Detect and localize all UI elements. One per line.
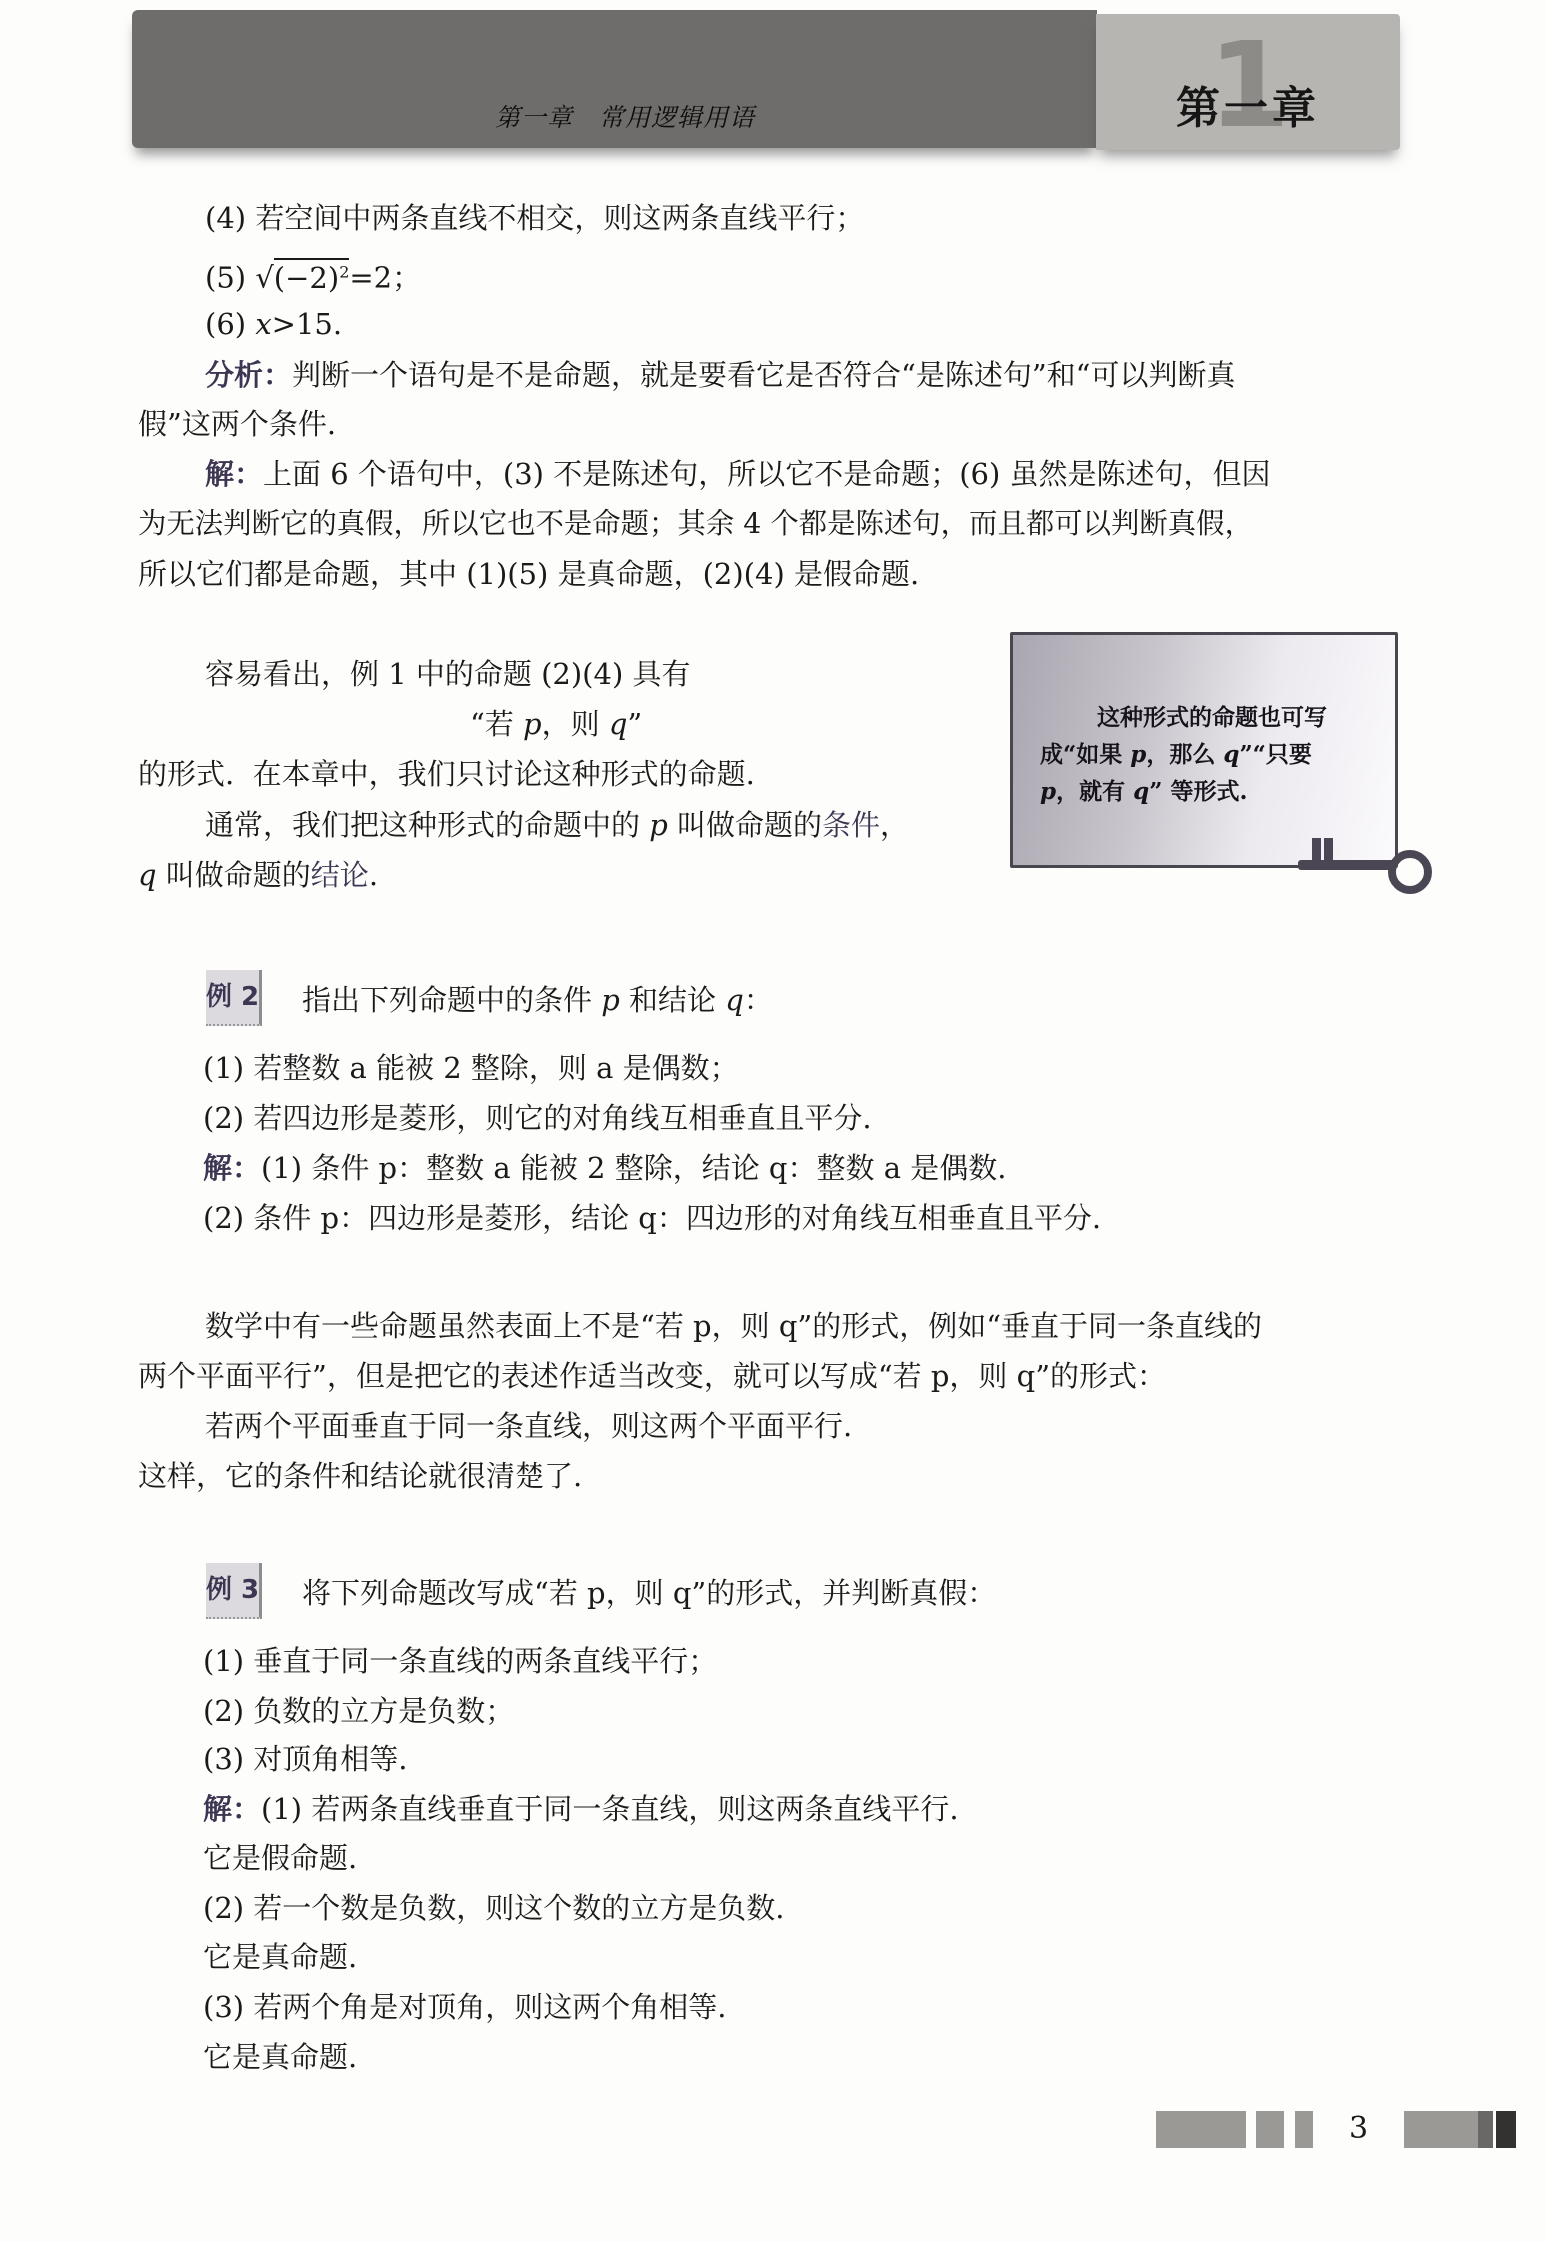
- solution-label: 解：: [203, 1792, 261, 1826]
- list-item: (2) 负数的立方是负数；: [203, 1693, 514, 1729]
- variable: x: [255, 307, 271, 341]
- text: ，那么: [1146, 741, 1223, 768]
- body-paragraph-line: 若两个平面垂直于同一条直线，则这两个平面平行.: [205, 1408, 852, 1444]
- var-p: p: [601, 983, 620, 1017]
- var-p: p: [649, 808, 668, 842]
- key-icon: [1298, 838, 1438, 898]
- equation-rhs: =2；: [349, 261, 421, 295]
- item-text: >15.: [272, 307, 342, 341]
- solution-line: (2) 条件 p：四边形是菱形，结论 q：四边形的对角线互相垂直且平分.: [203, 1200, 1101, 1236]
- list-item: (6) x>15.: [205, 306, 342, 342]
- solution-line: 解：(1) 若两条直线垂直于同一条直线，则这两条直线平行.: [203, 1791, 959, 1827]
- item-text: 若整数 a 能被 2 整除，则 a 是偶数；: [253, 1051, 738, 1085]
- text: ”“只要: [1239, 741, 1311, 768]
- list-item: (5) √(−2)2=2；: [205, 254, 421, 290]
- radical-sign: √: [255, 261, 273, 295]
- text: 成“如果: [1040, 741, 1130, 768]
- verdict-line: 它是真命题.: [203, 1939, 357, 1975]
- footer-bar: [1478, 2111, 1493, 2148]
- item-number: (2): [203, 1101, 244, 1135]
- footer-bar: [1295, 2111, 1313, 2148]
- body-paragraph-line: 容易看出，例 1 中的命题 (2)(4) 具有: [205, 656, 690, 692]
- solution-line: 解：(1) 条件 p：整数 a 能被 2 整除，结论 q：整数 a 是偶数.: [203, 1150, 1006, 1186]
- text: 和结论: [620, 983, 725, 1017]
- var-p: p: [1130, 741, 1146, 768]
- body-paragraph-line: 数学中有一些命题虽然表面上不是“若 p，则 q”的形式，例如“垂直于同一条直线的: [205, 1308, 1262, 1344]
- term-conclusion: 结论: [311, 858, 369, 892]
- running-title: 第一章 常用逻辑用语: [495, 98, 755, 134]
- body-paragraph-line: 通常，我们把这种形式的命题中的 p 叫做命题的条件，: [205, 807, 909, 843]
- item-number: (6): [205, 307, 246, 341]
- text: 指出下列命题中的条件: [302, 983, 601, 1017]
- sqrt-expression: √(−2)2=2；: [255, 258, 421, 295]
- text: ：: [744, 983, 773, 1017]
- body-paragraph-line: 这样，它的条件和结论就很清楚了.: [138, 1458, 582, 1494]
- side-note-line: 这种形式的命题也可写: [1097, 703, 1327, 733]
- analysis-label: 分析：: [205, 358, 292, 392]
- radicand: (−2)2: [274, 258, 350, 295]
- solution-label: 解：: [205, 457, 263, 491]
- solution-text: (1) 若两条直线垂直于同一条直线，则这两条直线平行.: [261, 1792, 959, 1826]
- item-number: (1): [203, 1051, 244, 1085]
- verdict-line: 它是真命题.: [203, 2039, 357, 2075]
- list-item: (3) 对顶角相等.: [203, 1741, 408, 1777]
- text: ，: [880, 808, 909, 842]
- verdict-line: 它是假命题.: [203, 1840, 357, 1876]
- body-paragraph-line: 的形式. 在本章中，我们只讨论这种形式的命题.: [138, 756, 755, 792]
- solution-line: (2) 若一个数是负数，则这个数的立方是负数.: [203, 1890, 785, 1926]
- list-item: (2) 若四边形是菱形，则它的对角线互相垂直且平分.: [203, 1100, 872, 1136]
- item-number: (4): [205, 201, 246, 235]
- textbook-page: 第一章 常用逻辑用语 1 第一章 (4) 若空间中两条直线不相交，则这两条直线平…: [0, 0, 1546, 2242]
- text: 通常，我们把这种形式的命题中的: [205, 808, 649, 842]
- quote-close: ”: [627, 707, 642, 741]
- var-p: p: [1040, 778, 1056, 805]
- footer-bar: [1156, 2111, 1246, 2148]
- var-p: p: [523, 707, 542, 741]
- var-q: q: [725, 983, 744, 1017]
- solution-label: 解：: [203, 1151, 261, 1185]
- text: ，就有: [1056, 778, 1133, 805]
- solution-text: (1) 条件 p：整数 a 能被 2 整除，结论 q：整数 a 是偶数.: [261, 1151, 1006, 1185]
- form-mid: ，则: [542, 707, 609, 741]
- body-paragraph-line: 两个平面平行”，但是把它的表述作适当改变，就可以写成“若 p，则 q”的形式：: [138, 1358, 1166, 1394]
- text: .: [369, 858, 378, 892]
- list-item: (4) 若空间中两条直线不相交，则这两条直线平行；: [205, 200, 864, 236]
- text: 叫做命题的: [668, 808, 822, 842]
- chapter-label: 第一章: [1176, 84, 1320, 134]
- solution-text: 上面 6 个语句中，(3) 不是陈述句，所以它不是命题；(6) 虽然是陈述句，但…: [263, 457, 1270, 491]
- footer-bar: [1496, 2111, 1516, 2148]
- list-item: (1) 垂直于同一条直线的两条直线平行；: [203, 1643, 717, 1679]
- analysis-line: 分析：判断一个语句是不是命题，就是要看它是否符合“是陈述句”和“可以判断真: [205, 357, 1236, 393]
- solution-line: (3) 若两个角是对顶角，则这两个角相等.: [203, 1989, 727, 2025]
- analysis-line: 假”这两个条件.: [138, 406, 336, 442]
- term-condition: 条件: [822, 808, 880, 842]
- example-3-tag: 例 3: [206, 1563, 262, 1619]
- var-q: q: [609, 707, 628, 741]
- item-text: 若空间中两条直线不相交，则这两条直线平行；: [255, 201, 864, 235]
- item-number: (5): [205, 261, 246, 295]
- quote-open: “若: [470, 707, 523, 741]
- analysis-text: 判断一个语句是不是命题，就是要看它是否符合“是陈述句”和“可以判断真: [292, 358, 1235, 392]
- example-2-prompt: 指出下列命题中的条件 p 和结论 q：: [302, 982, 773, 1018]
- body-paragraph-line: q 叫做命题的结论.: [138, 857, 378, 893]
- page-number: 3: [1349, 2110, 1368, 2148]
- solution-line: 为无法判断它的真假，所以它也不是命题；其余 4 个都是陈述句，而且都可以判断真假…: [138, 506, 1253, 542]
- exponent: 2: [339, 262, 349, 281]
- text: ” 等形式.: [1149, 778, 1247, 805]
- var-q: q: [1223, 741, 1239, 768]
- radicand-base: (−2): [274, 261, 339, 295]
- solution-line: 所以它们都是命题，其中 (1)(5) 是真命题，(2)(4) 是假命题.: [138, 556, 919, 592]
- var-q: q: [1133, 778, 1149, 805]
- example-3-prompt: 将下列命题改写成“若 p，则 q”的形式，并判断真假：: [302, 1575, 996, 1611]
- item-text: 若四边形是菱形，则它的对角线互相垂直且平分.: [253, 1101, 871, 1135]
- side-note-line: p，就有 q” 等形式.: [1040, 777, 1247, 807]
- var-q: q: [138, 858, 157, 892]
- footer-bar: [1256, 2111, 1284, 2148]
- footer-bar: [1404, 2111, 1478, 2148]
- side-note-line: 成“如果 p，那么 q”“只要: [1040, 740, 1312, 770]
- list-item: (1) 若整数 a 能被 2 整除，则 a 是偶数；: [203, 1050, 739, 1086]
- text: 叫做命题的: [157, 858, 311, 892]
- form-display: “若 p，则 q”: [470, 706, 642, 742]
- example-2-tag: 例 2: [206, 970, 262, 1026]
- solution-line: 解：上面 6 个语句中，(3) 不是陈述句，所以它不是命题；(6) 虽然是陈述句…: [205, 456, 1271, 492]
